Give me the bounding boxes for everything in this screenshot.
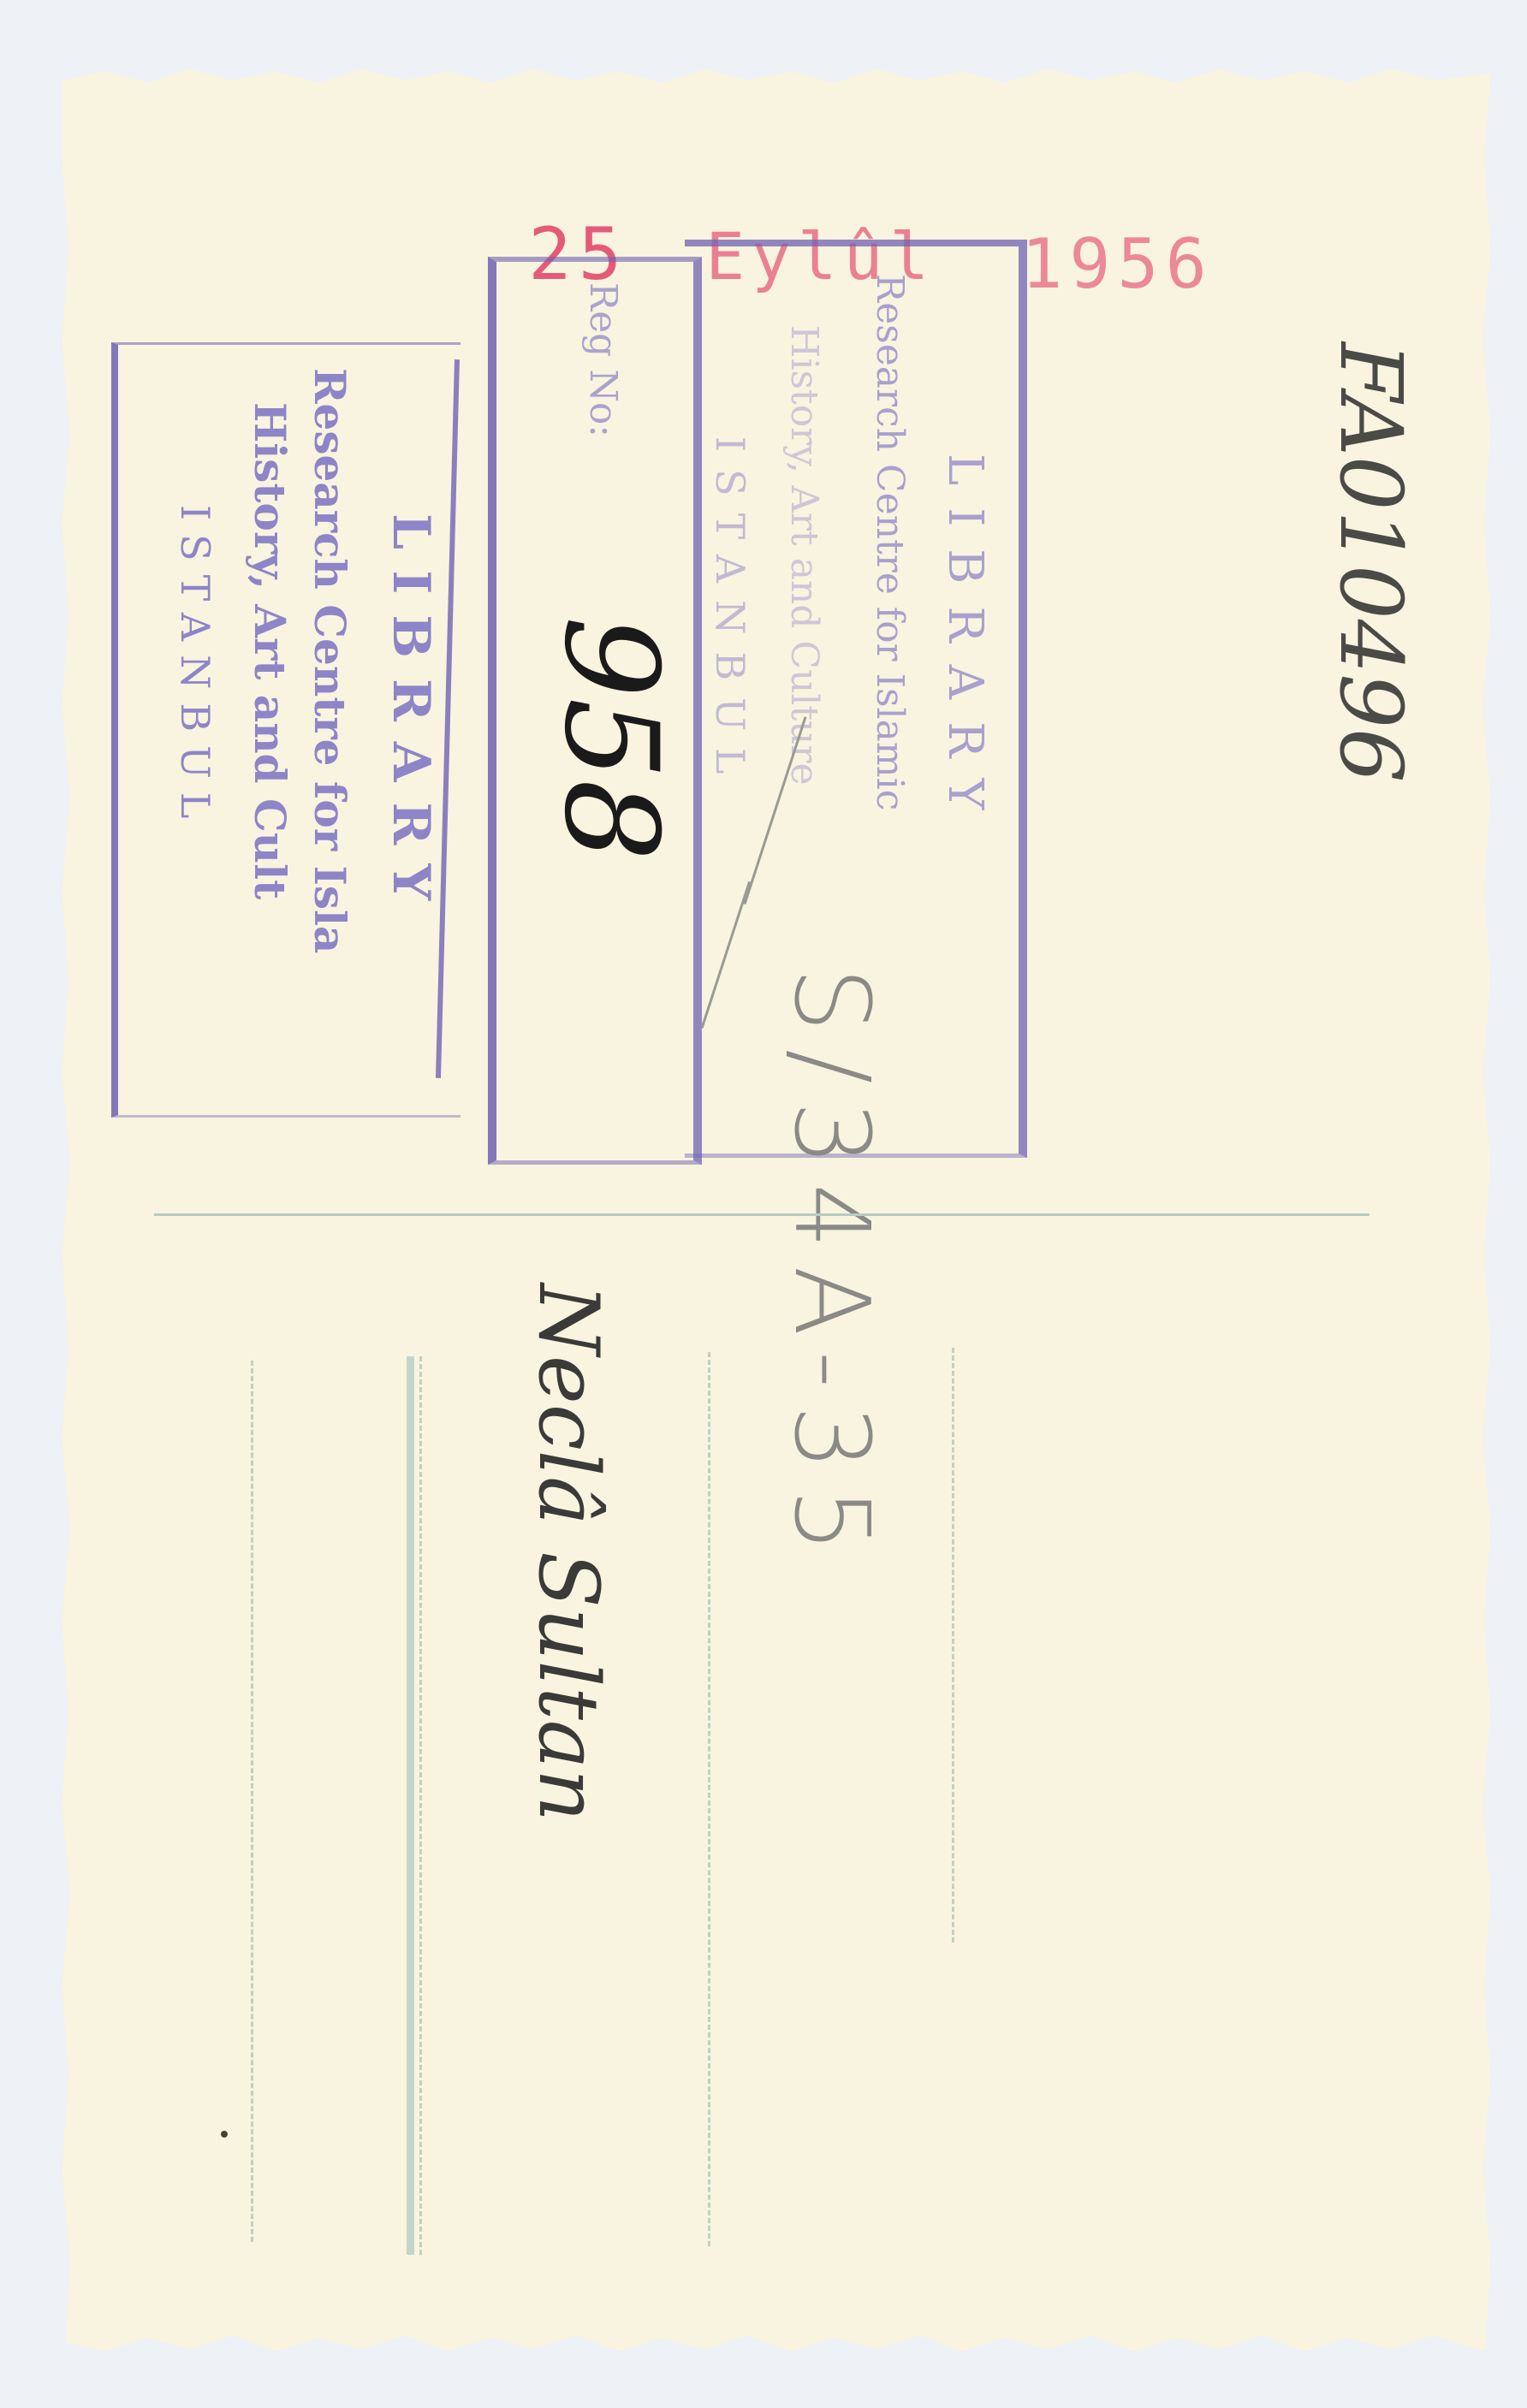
stamp-left-title: LIBRARY (381, 513, 441, 921)
stamp-right-line-2: Research Centre for Islamic (868, 274, 912, 810)
caption-name: Neclâ Sultan (520, 1284, 616, 1822)
address-line (419, 1356, 422, 2255)
stamp-right-city: ISTANBUL (707, 436, 753, 791)
stamp-left-line-2: Research Centre for Isla (305, 368, 355, 953)
address-line (952, 1348, 954, 1942)
address-line (251, 1361, 253, 2242)
stamp-left-line-3: History, Art and Cult (245, 402, 295, 899)
date-year: 1956 (1021, 224, 1214, 304)
register-label: Reg No: (581, 282, 625, 437)
stamp-left-city: ISTANBUL (172, 505, 218, 832)
catalog-number: S/34A-35 (771, 967, 890, 1570)
stamp-right-title: LIBRARY (937, 454, 993, 832)
address-line (708, 1352, 710, 2246)
ink-speck (221, 2131, 228, 2138)
postcard-divider (154, 1213, 1370, 1216)
center-rule (407, 1356, 414, 2255)
register-number: 958 (536, 616, 685, 861)
accession-number: FA010496 (1321, 342, 1421, 783)
